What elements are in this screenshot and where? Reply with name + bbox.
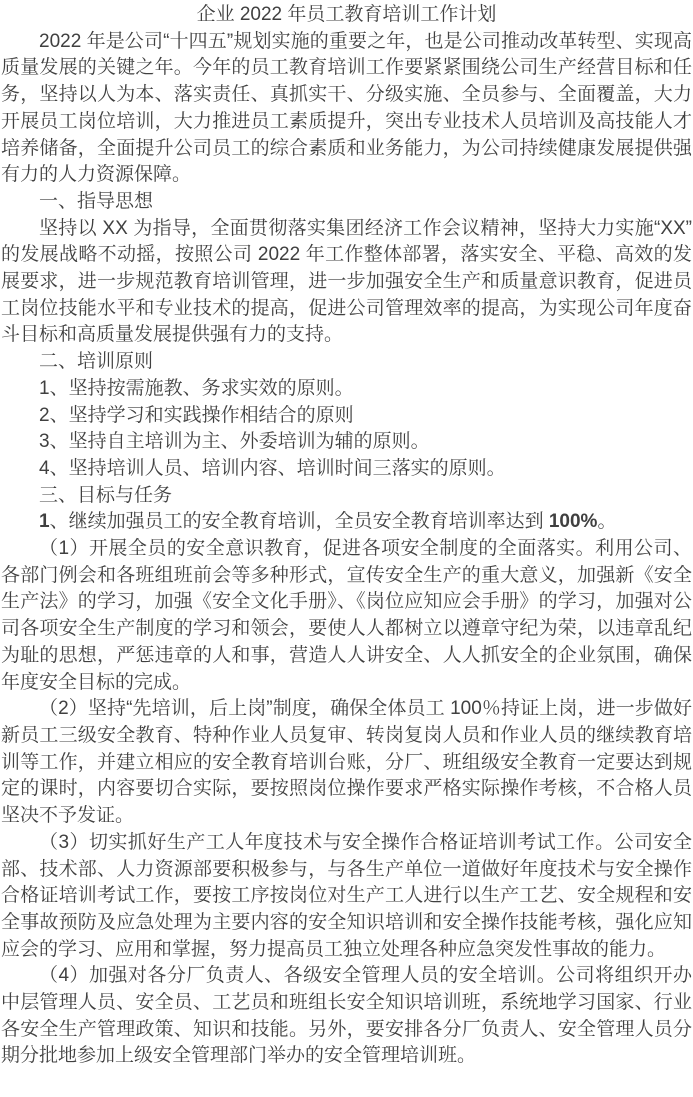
goal-number: 1 [39, 511, 50, 532]
task-paragraph-2: （2）坚持“先培训，后上岗”制度，确保全体员工 100％持证上岗，进一步做好新员… [1, 696, 692, 830]
task-paragraph-1: （1）开展全员的安全意识教育，促进各项安全制度的全面落实。利用公司、各部门例会和… [1, 536, 692, 696]
task-paragraph-4: （4）加强对各分厂负责人、各级安全管理人员的安全培训。公司将组织开办中层管理人员… [1, 963, 692, 1070]
document-page: 企业 2022 年员工教育培训工作计划 2022 年是公司“十四五”规划实施的重… [0, 0, 693, 1097]
goal-line: 1、继续加强员工的安全教育培训，全员安全教育培训率达到 100%。 [1, 509, 692, 536]
goal-text: 、继续加强员工的安全教育培训，全员安全教育培训率达到 [50, 511, 549, 532]
heading-training-principles: 二、培训原则 [1, 349, 692, 376]
principle-item-3: 3、坚持自主培训为主、外委培训为辅的原则。 [1, 429, 692, 456]
goal-tail: 。 [597, 511, 616, 532]
intro-paragraph: 2022 年是公司“十四五”规划实施的重要之年，也是公司推动改革转型、实现高质量… [1, 29, 692, 189]
doc-title: 企业 2022 年员工教育培训工作计划 [1, 2, 692, 29]
guiding-ideology-paragraph: 坚持以 XX 为指导，全面贯彻落实集团经济工作会议精神，坚持大力实施“XX”的发… [1, 216, 692, 350]
principle-item-1: 1、坚持按需施教、务求实效的原则。 [1, 376, 692, 403]
heading-goals-tasks: 三、目标与任务 [1, 483, 692, 510]
goal-percent: 100% [549, 511, 598, 532]
heading-guiding-ideology: 一、指导思想 [1, 189, 692, 216]
task-paragraph-3: （3）切实抓好生产工人年度技术与安全操作合格证培训考试工作。公司安全部、技术部、… [1, 830, 692, 964]
principle-item-2: 2、坚持学习和实践操作相结合的原则 [1, 403, 692, 430]
principle-item-4: 4、坚持培训人员、培训内容、培训时间三落实的原则。 [1, 456, 692, 483]
